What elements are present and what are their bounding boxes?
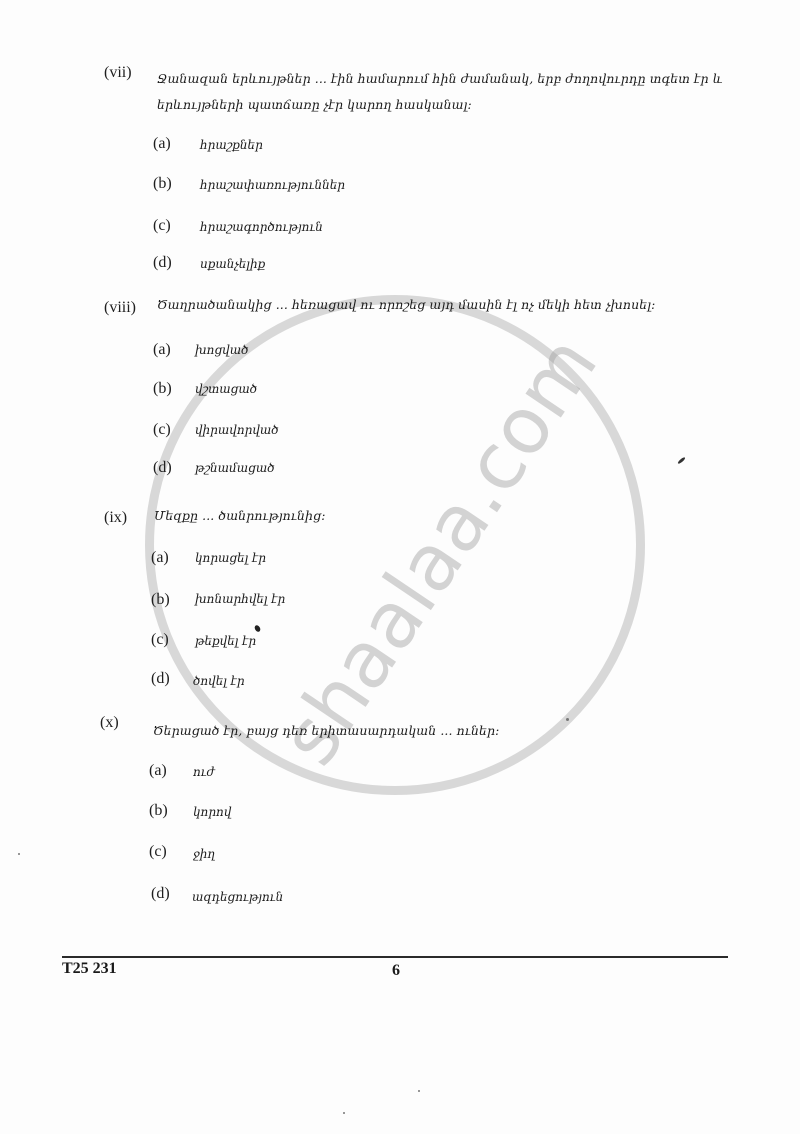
option-text: վշտացած xyxy=(195,382,257,396)
scan-speck xyxy=(566,718,569,721)
option-text: սքանչելիք xyxy=(200,257,265,271)
scan-speck xyxy=(343,1112,345,1114)
question-number: (vii) xyxy=(104,64,132,82)
option-label: (b) xyxy=(153,175,172,193)
option-label: (c) xyxy=(149,843,167,861)
question-text-line1: Ծաղրածանակից ... հեռացավ ու որոշեց այդ մ… xyxy=(157,292,655,318)
watermark-text: shaalaa.com xyxy=(264,349,596,781)
option-text: կորով xyxy=(193,805,231,819)
option-label: (d) xyxy=(153,459,172,477)
option-label: (b) xyxy=(151,591,170,609)
option-text: հրաշափառություններ xyxy=(200,178,345,192)
question-number: (x) xyxy=(100,714,119,732)
option-text: թշնամացած xyxy=(195,461,275,475)
scan-speck xyxy=(418,1090,420,1092)
footer-divider xyxy=(62,956,728,958)
option-label: (c) xyxy=(151,631,169,649)
option-text: հրաշագործություն xyxy=(200,220,323,234)
scan-speck xyxy=(677,456,686,464)
option-label: (a) xyxy=(151,549,169,567)
option-label: (a) xyxy=(149,762,167,780)
option-text: խոնարհվել էր xyxy=(195,592,285,606)
option-label: (a) xyxy=(153,135,171,153)
question-text-line2: երևույթների պատճառը չէր կարող հասկանալ: xyxy=(157,92,472,118)
option-text: հրաշքներ xyxy=(200,138,263,152)
option-label: (b) xyxy=(149,802,168,820)
option-label: (c) xyxy=(153,421,171,439)
question-text-line1: Ջանազան երևույթներ ... էին համարում հին … xyxy=(157,66,723,92)
option-text: կորացել էր xyxy=(195,551,266,565)
option-text: խոցված xyxy=(195,343,248,357)
scan-speck xyxy=(254,624,262,633)
exam-page: shaalaa.com (vii) Ջանազան երևույթներ ...… xyxy=(0,0,800,1134)
option-label: (d) xyxy=(153,254,172,272)
option-text: ծովել էր xyxy=(193,674,245,688)
option-text: վիրավորված xyxy=(195,423,279,437)
paper-code: T25 231 xyxy=(62,960,117,978)
option-text: ջիղ xyxy=(193,847,215,861)
question-text-line1: Մեզքը ... ծանրությունից: xyxy=(154,503,326,529)
scan-speck xyxy=(18,853,20,855)
option-text: ազդեցություն xyxy=(192,890,283,904)
question-text-line1: Ծերացած էր, բայց դեռ երիտասարդական ... ո… xyxy=(153,718,499,744)
option-label: (b) xyxy=(153,380,172,398)
question-number: (viii) xyxy=(104,299,136,317)
page-number: 6 xyxy=(392,962,400,980)
option-text: ուժ xyxy=(193,765,215,779)
question-number: (ix) xyxy=(104,509,127,527)
option-label: (d) xyxy=(151,885,170,903)
option-label: (c) xyxy=(153,217,171,235)
option-text: թեքվել էր xyxy=(195,634,256,648)
option-label: (a) xyxy=(153,341,171,359)
option-label: (d) xyxy=(151,670,170,688)
